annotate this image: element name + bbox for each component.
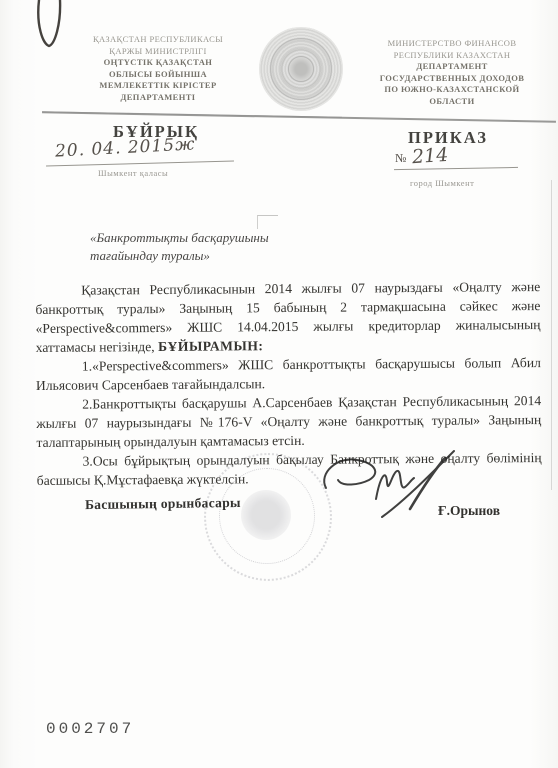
letterhead-line: ОБЛАСТИ [346,96,558,108]
intro-paragraph: Қазақстан Республикасынын 2014 жылғы 07 … [35,277,541,357]
letterhead-line: ОБЛЫСЫ БОЙЫНША [52,69,264,81]
letterhead-line: МИНИСТЕРСТВО ФИНАНСОВ [346,38,558,50]
signer-position-label: Басшының орынбасары [85,495,241,513]
order-item: 2.Банкроттықты басқарушы А.Сарсенбаев Қа… [36,391,541,452]
corner-fold-mark [257,215,278,229]
letterhead-line: ГОСУДАРСТВЕННЫХ ДОХОДОВ [346,73,558,85]
city-label-ru: город Шымкент [410,178,474,188]
letterhead-right: МИНИСТЕРСТВО ФИНАНСОВ РЕСПУБЛИКИ КАЗАХСТ… [346,38,558,107]
number-sign: № [395,151,406,165]
letterhead-line: РЕСПУБЛИКИ КАЗАХСТАН [346,50,558,62]
decree-word: БҰЙЫРАМЫН: [158,338,264,354]
city-label-kk: Шымкент қаласы [98,168,168,178]
document-serial-number: 0002707 [46,720,134,738]
letterhead-line: ДЕПАРТАМЕНТІ [52,92,264,104]
letterhead-line: ПО ЮЖНО-КАЗАХСТАНСКОЙ [346,84,558,96]
order-number: №214 [395,145,449,167]
state-emblem-icon [259,27,343,111]
order-item: 1.«Perspective&commers» ЖШС банкроттықты… [36,353,541,395]
subject-line: тағайындау туралы» [90,247,350,265]
emblem-core [288,56,314,82]
date-underline [46,161,234,167]
scan-edge-line [551,180,552,490]
handwritten-date: 20. 04. 2015ж [55,134,196,161]
stamp-center-emblem [241,490,291,540]
letterhead-line: ҚАЗАҚСТАН РЕСПУБЛИКАСЫ [52,34,264,46]
signer-name: Ғ.Орынов [438,503,500,519]
subject-line: «Банкроттықты басқарушыны [90,229,350,247]
letterhead-line: МЕМЛЕКЕТТІК КІРІСТЕР [52,80,264,92]
letterhead-line: ҚАРЖЫ МИНИСТРЛІГІ [52,46,264,58]
letterhead-line: ДЕПАРТАМЕНТ [346,61,558,73]
handwritten-number: 214 [412,144,450,168]
intro-text: Қазақстан Республикасынын 2014 жылғы 07 … [35,279,540,355]
letterhead-line: ОҢТҮСТІК ҚАЗАҚСТАН [52,57,264,69]
pen-signature [318,443,460,535]
horizontal-rule-shadow [42,111,342,117]
letterhead-left: ҚАЗАҚСТАН РЕСПУБЛИКАСЫ ҚАРЖЫ МИНИСТРЛІГІ… [52,34,264,103]
subject-heading: «Банкроттықты басқарушыны тағайындау тур… [90,229,350,265]
round-seal-stamp [204,453,332,581]
